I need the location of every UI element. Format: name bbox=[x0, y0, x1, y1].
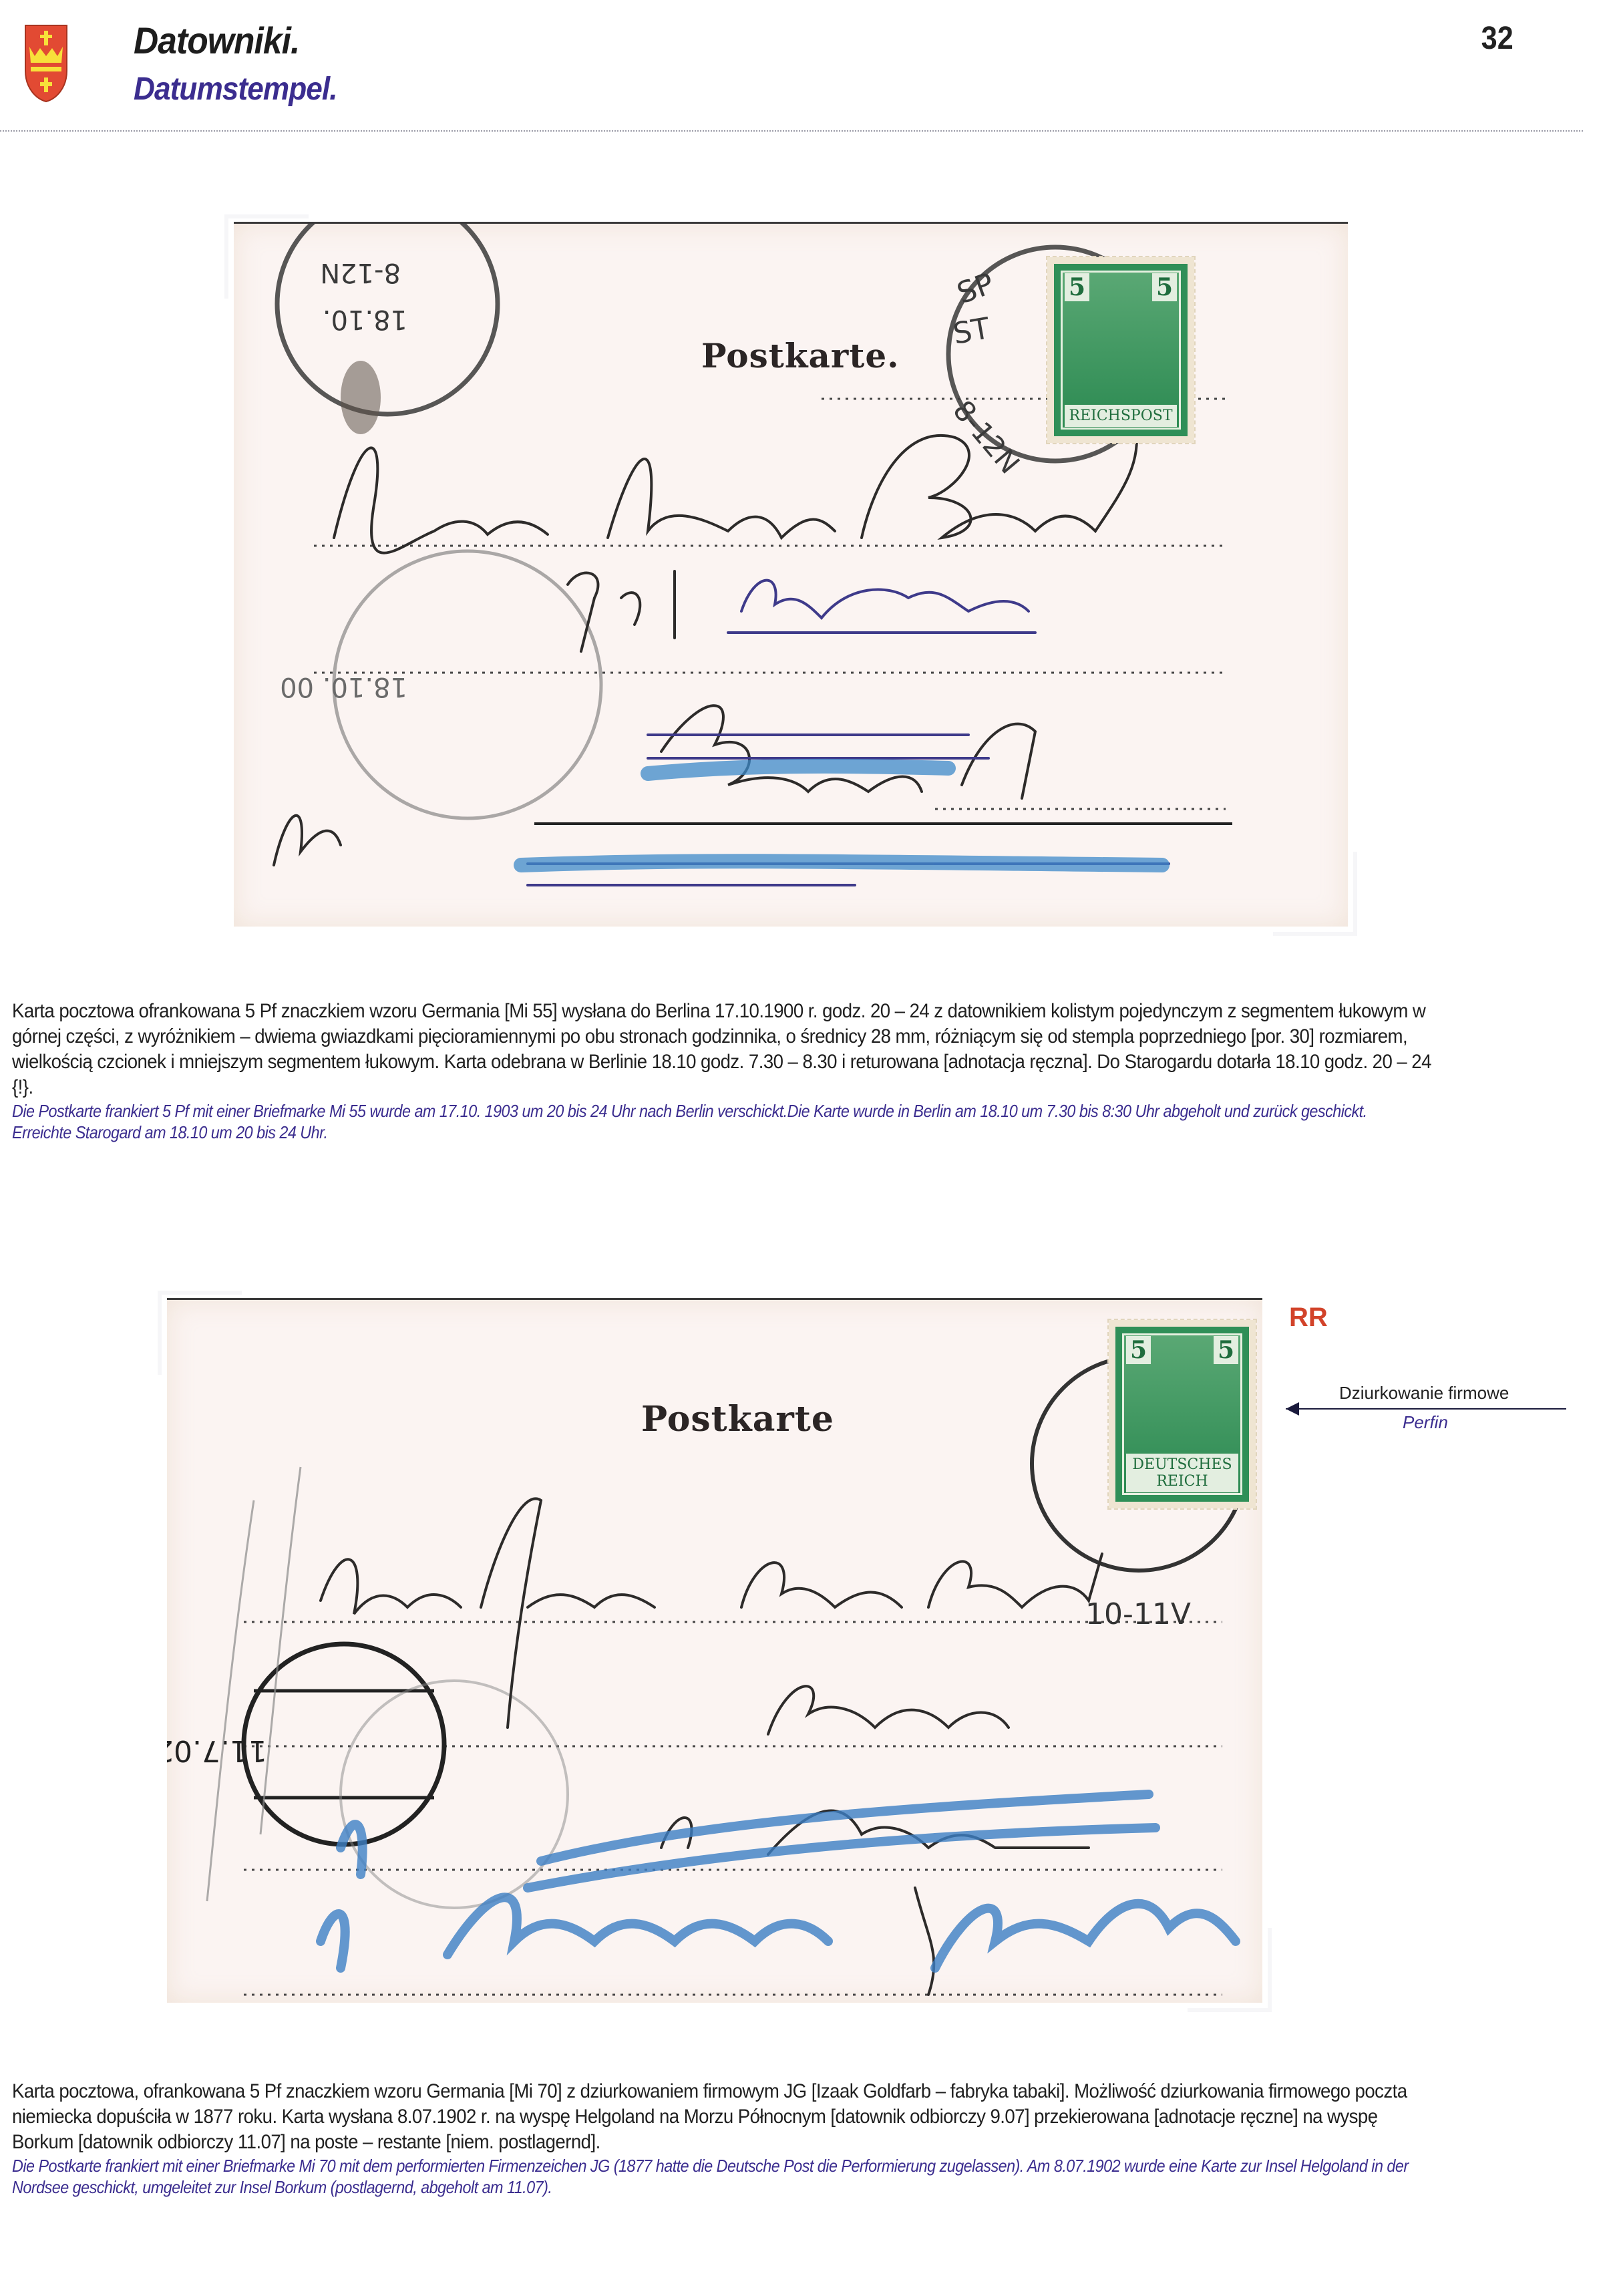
svg-text:18.10. 00: 18.10. 00 bbox=[280, 671, 407, 702]
postcard-2-heading: Postkarte bbox=[641, 1399, 834, 1440]
svg-text:8-12N: 8-12N bbox=[320, 257, 401, 288]
svg-text:11.7.02 1-2N: 11.7.02 1-2N bbox=[167, 1734, 267, 1768]
caption-1-polish: Karta pocztowa ofrankowana 5 Pf znaczkie… bbox=[12, 999, 1437, 1100]
caption-2-german: Die Postkarte frankiert mit einer Briefm… bbox=[12, 2155, 1425, 2198]
caption-1: Karta pocztowa ofrankowana 5 Pf znaczkie… bbox=[12, 999, 1582, 1143]
perfin-label-polish: Dziurkowanie firmowe bbox=[1339, 1383, 1509, 1404]
svg-text:ST: ST bbox=[950, 311, 993, 351]
rarity-badge: RR bbox=[1289, 1303, 1328, 1333]
stamp-value-right: 5 bbox=[1152, 273, 1177, 301]
stamp-inscription: DEUTSCHES REICH bbox=[1126, 1454, 1238, 1492]
caption-1-german: Die Postkarte frankiert 5 Pf mit einer B… bbox=[12, 1100, 1425, 1143]
postage-stamp-germania-5pf-perfin: 5 5 DEUTSCHES REICH bbox=[1109, 1320, 1256, 1508]
svg-text:8-12N: 8-12N bbox=[946, 394, 1026, 480]
postcard-1-image: SP ST 8-12N 8-12N 18.10. 18.10. 00 bbox=[234, 222, 1348, 927]
perfin-label-german: Perfin bbox=[1403, 1412, 1448, 1433]
postcard-2-image: 10-11V 11.7.02 1-2N Postkarte 5 bbox=[167, 1298, 1262, 2003]
page-subtitle: Datumstempel. bbox=[134, 71, 337, 108]
stamp-inscription: REICHSPOST bbox=[1065, 405, 1177, 427]
caption-2-polish: Karta pocztowa, ofrankowana 5 Pf znaczki… bbox=[12, 2079, 1437, 2155]
postcard-1-heading: Postkarte. bbox=[701, 336, 900, 375]
svg-text:10-11V: 10-11V bbox=[1085, 1597, 1191, 1631]
stamp-value-left: 5 bbox=[1126, 1336, 1151, 1364]
stamp-value-left: 5 bbox=[1065, 273, 1089, 301]
caption-2: Karta pocztowa, ofrankowana 5 Pf znaczki… bbox=[12, 2079, 1582, 2198]
stamp-value-right: 5 bbox=[1214, 1336, 1238, 1364]
header-divider bbox=[0, 130, 1583, 132]
crest-icon bbox=[24, 24, 68, 103]
perfin-pointer-line bbox=[1286, 1408, 1566, 1410]
page-title: Datowniki. bbox=[134, 19, 299, 62]
page-number: 32 bbox=[1481, 20, 1513, 57]
svg-text:18.10.: 18.10. bbox=[323, 304, 407, 335]
postage-stamp-germania-5pf: 5 5 REICHSPOST bbox=[1047, 257, 1194, 443]
